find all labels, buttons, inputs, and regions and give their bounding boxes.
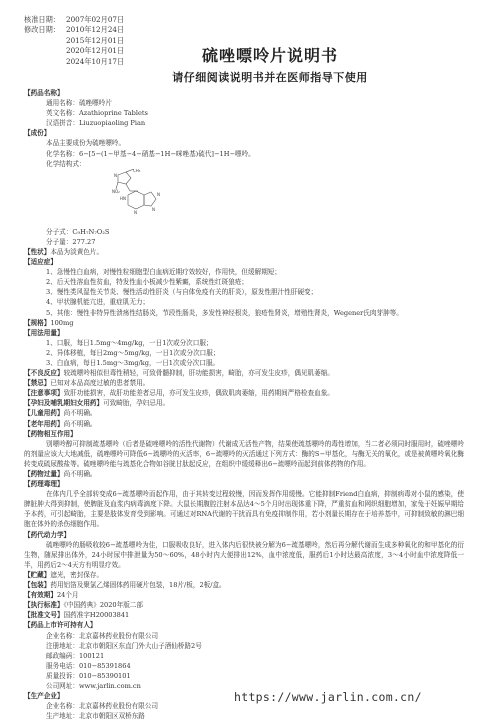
manufacturer-line: 生产地址：北京市朝阳区双桥东路: [24, 711, 464, 721]
holder-line: 注册地址：北京市朝阳区东直门外大山子酒仙桥路2号: [24, 641, 464, 651]
section-heading: 【成份】: [24, 128, 464, 138]
section-heading: 【药品上市许可持有人】: [24, 620, 464, 630]
dosage-item: 1、口服，每日1.5mg～4mg/kg，一日1次或分次口服；: [24, 338, 464, 348]
chemical-name: 化学名称：6−[5−(1−甲基−4−硝基−1H−咪唑基)硫代]−1H−嘌呤。: [24, 149, 464, 159]
overdose-section: 【药物过量】尚不明确。: [24, 469, 464, 479]
molecular-formula: 分子式：C₉H₇N₇O₂S: [24, 227, 464, 237]
svg-text:N: N: [134, 210, 137, 215]
section-heading: 【用法用量】: [24, 328, 464, 338]
package-section: 【包装】药用铝箔及聚氯乙烯固体药用硬片包装，18片/板，2板/盒。: [24, 580, 464, 590]
contraindication-section: 【禁忌】已知对本品高度过敏的患者禁用。: [24, 378, 464, 388]
appearance-section: 【性状】本品为淡黄色片。: [24, 247, 464, 257]
document-title: 硫唑嘌呤片说明书: [0, 43, 480, 66]
chemical-structure: NCH₃ NO₂HN NNN: [104, 169, 464, 227]
pharmacokinetics-text: 硫唑嘌呤的肠吸收较6−巯基嘌呤为佳，口服吸收良好，进入体内后很快被分解为6−巯基…: [24, 540, 464, 570]
document-body: 【药品名称】 通用名称：硫唑嘌呤片 英文名称：Azathioprine Tabl…: [24, 88, 464, 721]
adverse-section: 【不良反应】较巯嘌呤相似但毒性稍轻，可致骨髓抑制，肝功能损害，畸胎，亦可发生皮疹…: [24, 368, 464, 378]
indication-item: 3、慢性类风湿性关节炎、慢性活动性肝炎（与自体免疫有关的肝炎），原发性胆汁性肝硬…: [24, 287, 464, 297]
svg-text:NO₂: NO₂: [112, 189, 120, 194]
dosage-item: 3、白血病，每日1.5mg～3mg/kg，一日1次或分次口服。: [24, 358, 464, 368]
leaflet-page: 核准日期：2007年02月07日 修改日期：2010年12月24日 2015年1…: [0, 0, 480, 721]
toxicology-text: 在体内几乎全部转变成6−巯基嘌呤而起作用，由于其转变过程较慢，因而发挥作用缓慢。…: [24, 489, 464, 529]
svg-text:N: N: [114, 173, 117, 178]
spec-section: 【规格】100mg: [24, 318, 464, 328]
indication-item: 1、急慢性白血病，对慢性粒细胞型白血病近期疗效较好，作用快，但缓解期短；: [24, 267, 464, 277]
section-heading: 【药品名称】: [24, 88, 464, 98]
date-row: 修改日期：2010年12月24日: [24, 25, 124, 35]
storage-section: 【贮藏】遮光，密封保存。: [24, 570, 464, 580]
svg-text:N: N: [152, 207, 155, 212]
indication-item: 4、甲状腺机能亢进，重症肌无力；: [24, 297, 464, 307]
geriatric-section: 【老年用药】尚不明确。: [24, 419, 464, 429]
holder-line: 邮政编码：100121: [24, 651, 464, 661]
url-watermark: https://www.jarlin.com.cn/: [234, 690, 422, 704]
section-heading: 【药理毒理】: [24, 479, 464, 489]
document-subtitle: 请仔细阅读说明书并在医师指导下使用: [0, 69, 480, 85]
generic-name: 通用名称：硫唑嘌呤片: [24, 98, 464, 108]
precautions-section: 【注意事项】致肝功能损害，故肝功能差者忌用，亦可发生皮疹，偶致肌肉萎缩，用药期间…: [24, 388, 464, 398]
holder-line: 企业名称：北京嘉林药业股份有限公司: [24, 631, 464, 641]
molecular-weight: 分子量：277.27: [24, 237, 464, 247]
section-heading: 【适应症】: [24, 257, 464, 267]
azathioprine-structure-icon: NCH₃ NO₂HN NNN: [104, 169, 184, 227]
dosage-item: 2、异体移植，每日2mg～5mg/kg，一日1次或分次口服；: [24, 348, 464, 358]
svg-text:CH₃: CH₃: [133, 169, 141, 173]
pinyin-name: 汉语拼音：Liuzuopiaoling Pian: [24, 118, 464, 128]
standard-section: 【执行标准】《中国药典》2020年版二部: [24, 600, 464, 610]
section-heading: 【药物相互作用】: [24, 429, 464, 439]
approval-section: 【批准文号】国药准字H20003841: [24, 610, 464, 620]
svg-text:N: N: [157, 192, 160, 197]
structure-label: 化学结构式：: [24, 159, 464, 169]
indication-item: 2、后天性溶血性贫血，特发性血小板减少性紫癜，系统性红斑狼疮；: [24, 277, 464, 287]
holder-line: 服务电话：010−85391864: [24, 661, 464, 671]
section-heading: 【药代动力学】: [24, 530, 464, 540]
english-name: 英文名称：Azathioprine Tablets: [24, 108, 464, 118]
validity-section: 【有效期】24个月: [24, 590, 464, 600]
pediatric-section: 【儿童用药】尚不明确。: [24, 408, 464, 418]
holder-line: 质量投诉：010−85390101: [24, 671, 464, 681]
pregnancy-section: 【孕妇及哺乳期妇女用药】可致畸胎，孕妇忌用。: [24, 398, 464, 408]
date-row: 核准日期：2007年02月07日: [24, 15, 124, 25]
main-ingredient: 本品主要成份为硫唑嘌呤。: [24, 138, 464, 148]
indication-item: 5、其他：慢性非特异性溃疡性结肠炎，节段性肠炎，多发性神经根炎，狼疮性肾炎，增殖…: [24, 308, 464, 318]
svg-text:HN: HN: [120, 196, 126, 201]
interactions-text: 别嘌呤醇可抑制巯基嘌呤（后者是硫唑嘌呤的活性代谢物）代谢成无活性产物，结果使巯基…: [24, 439, 464, 469]
